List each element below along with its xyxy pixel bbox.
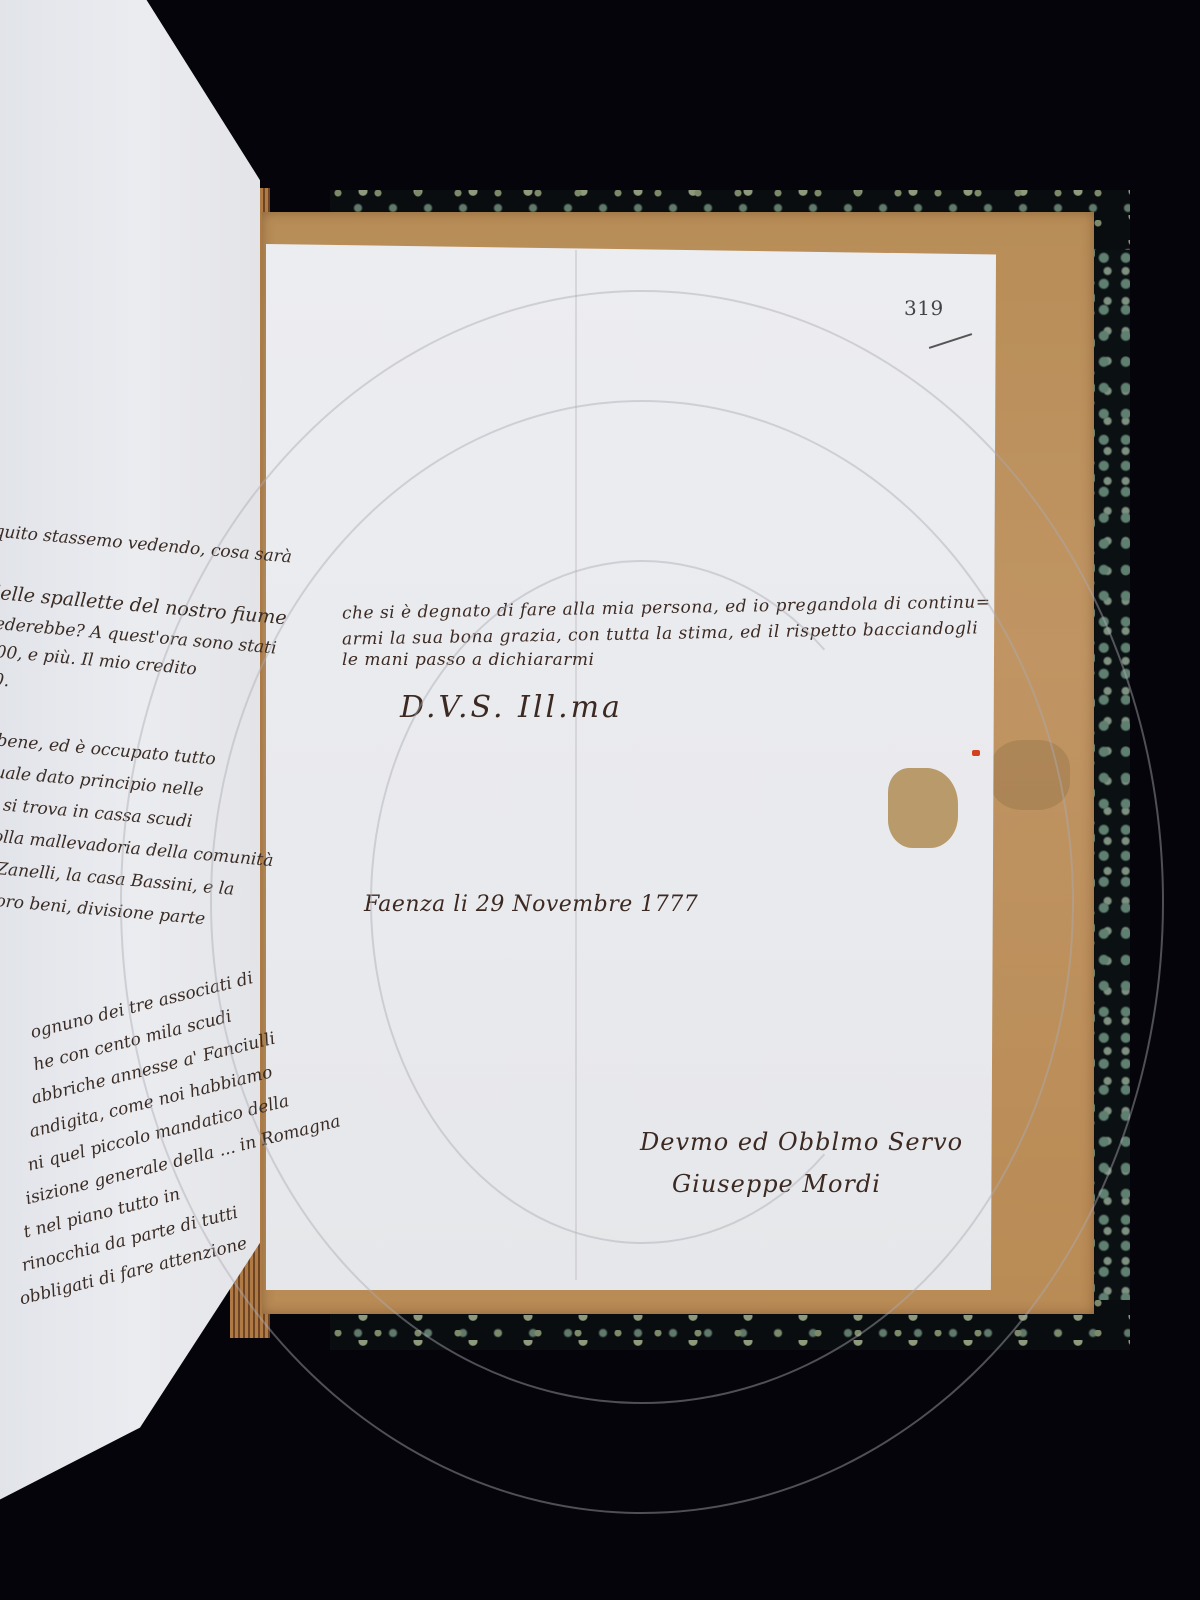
marbled-board-edge [1095, 250, 1130, 1300]
mount-stain [990, 740, 1070, 810]
folio-number: 319 [904, 296, 944, 320]
letter-line-3: le mani passo a dichiararmi [342, 650, 594, 670]
fold-line [575, 250, 577, 1280]
honorific: D.V.S. Ill.ma [400, 690, 623, 725]
closing-formula: Devmo ed Obblmo Servo [640, 1128, 963, 1156]
signature: Giuseppe Mordi [672, 1170, 881, 1198]
paper-tear [888, 768, 958, 848]
date-line: Faenza li 29 Novembre 1777 [364, 892, 698, 917]
red-seal-trace [972, 750, 980, 756]
left-line: 9000. [0, 667, 10, 691]
archival-photo: 319 che si è degnato di fare alla mia pe… [0, 0, 1200, 1600]
